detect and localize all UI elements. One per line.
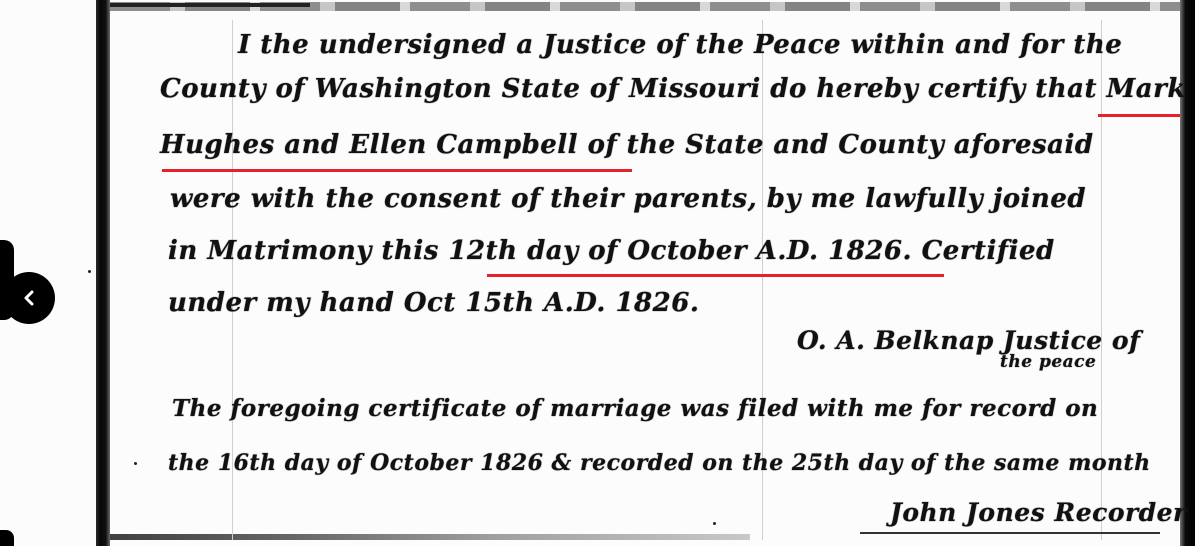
marriage-date: 12th day of October A.D. 1826. [448, 236, 912, 266]
annotation-underline-couple-names [162, 169, 632, 172]
certificate-line-3: Hughes and Ellen Campbell of the State a… [160, 130, 1094, 160]
certificate-line-5: in Matrimony this 12th day of October A.… [168, 236, 1055, 266]
record-line-2: the 16th day of October 1826 & recorded … [168, 448, 1151, 478]
scan-border-bottom [110, 534, 750, 540]
annotation-underline-mark [1098, 114, 1180, 117]
document-viewer: I the undersigned a Justice of the Peace… [0, 0, 1195, 546]
ink-speck [713, 522, 716, 525]
certified-text: Certified [912, 236, 1055, 266]
annotation-underline-marriage-date [487, 274, 944, 277]
groom-first-name: Mark [1107, 74, 1186, 104]
nav-edge [0, 530, 14, 546]
scan-border-top-dark [110, 3, 310, 7]
couple-names: Hughes and Ellen Campbell [160, 130, 578, 160]
record-line-1: The foregoing certificate of marriage wa… [172, 394, 1098, 424]
scan-border-left [96, 0, 110, 546]
scanned-page: I the undersigned a Justice of the Peace… [0, 0, 1195, 546]
line-5-text: in Matrimony this [168, 236, 448, 266]
certificate-line-6: under my hand Oct 15th A.D. 1826. [168, 288, 699, 318]
previous-page-button[interactable] [3, 272, 55, 324]
recorder-signature-rule [860, 532, 1160, 534]
ink-speck [134, 462, 137, 465]
certificate-line-2: County of Washington State of Missouri d… [160, 74, 1186, 104]
justice-signature: O. A. Belknap Justice of [797, 326, 1140, 355]
line-3-text: of the State and County aforesaid [578, 130, 1094, 160]
recorder-signature: John Jones Recorder [890, 498, 1187, 527]
chevron-left-icon [22, 289, 36, 307]
certificate-line-1: I the undersigned a Justice of the Peace… [238, 30, 1122, 60]
ink-speck [88, 270, 91, 273]
line-2-text: County of Washington State of Missouri d… [160, 74, 1107, 104]
certificate-line-4: were with the consent of their parents, … [170, 184, 1086, 214]
justice-title: the peace [1000, 352, 1096, 372]
